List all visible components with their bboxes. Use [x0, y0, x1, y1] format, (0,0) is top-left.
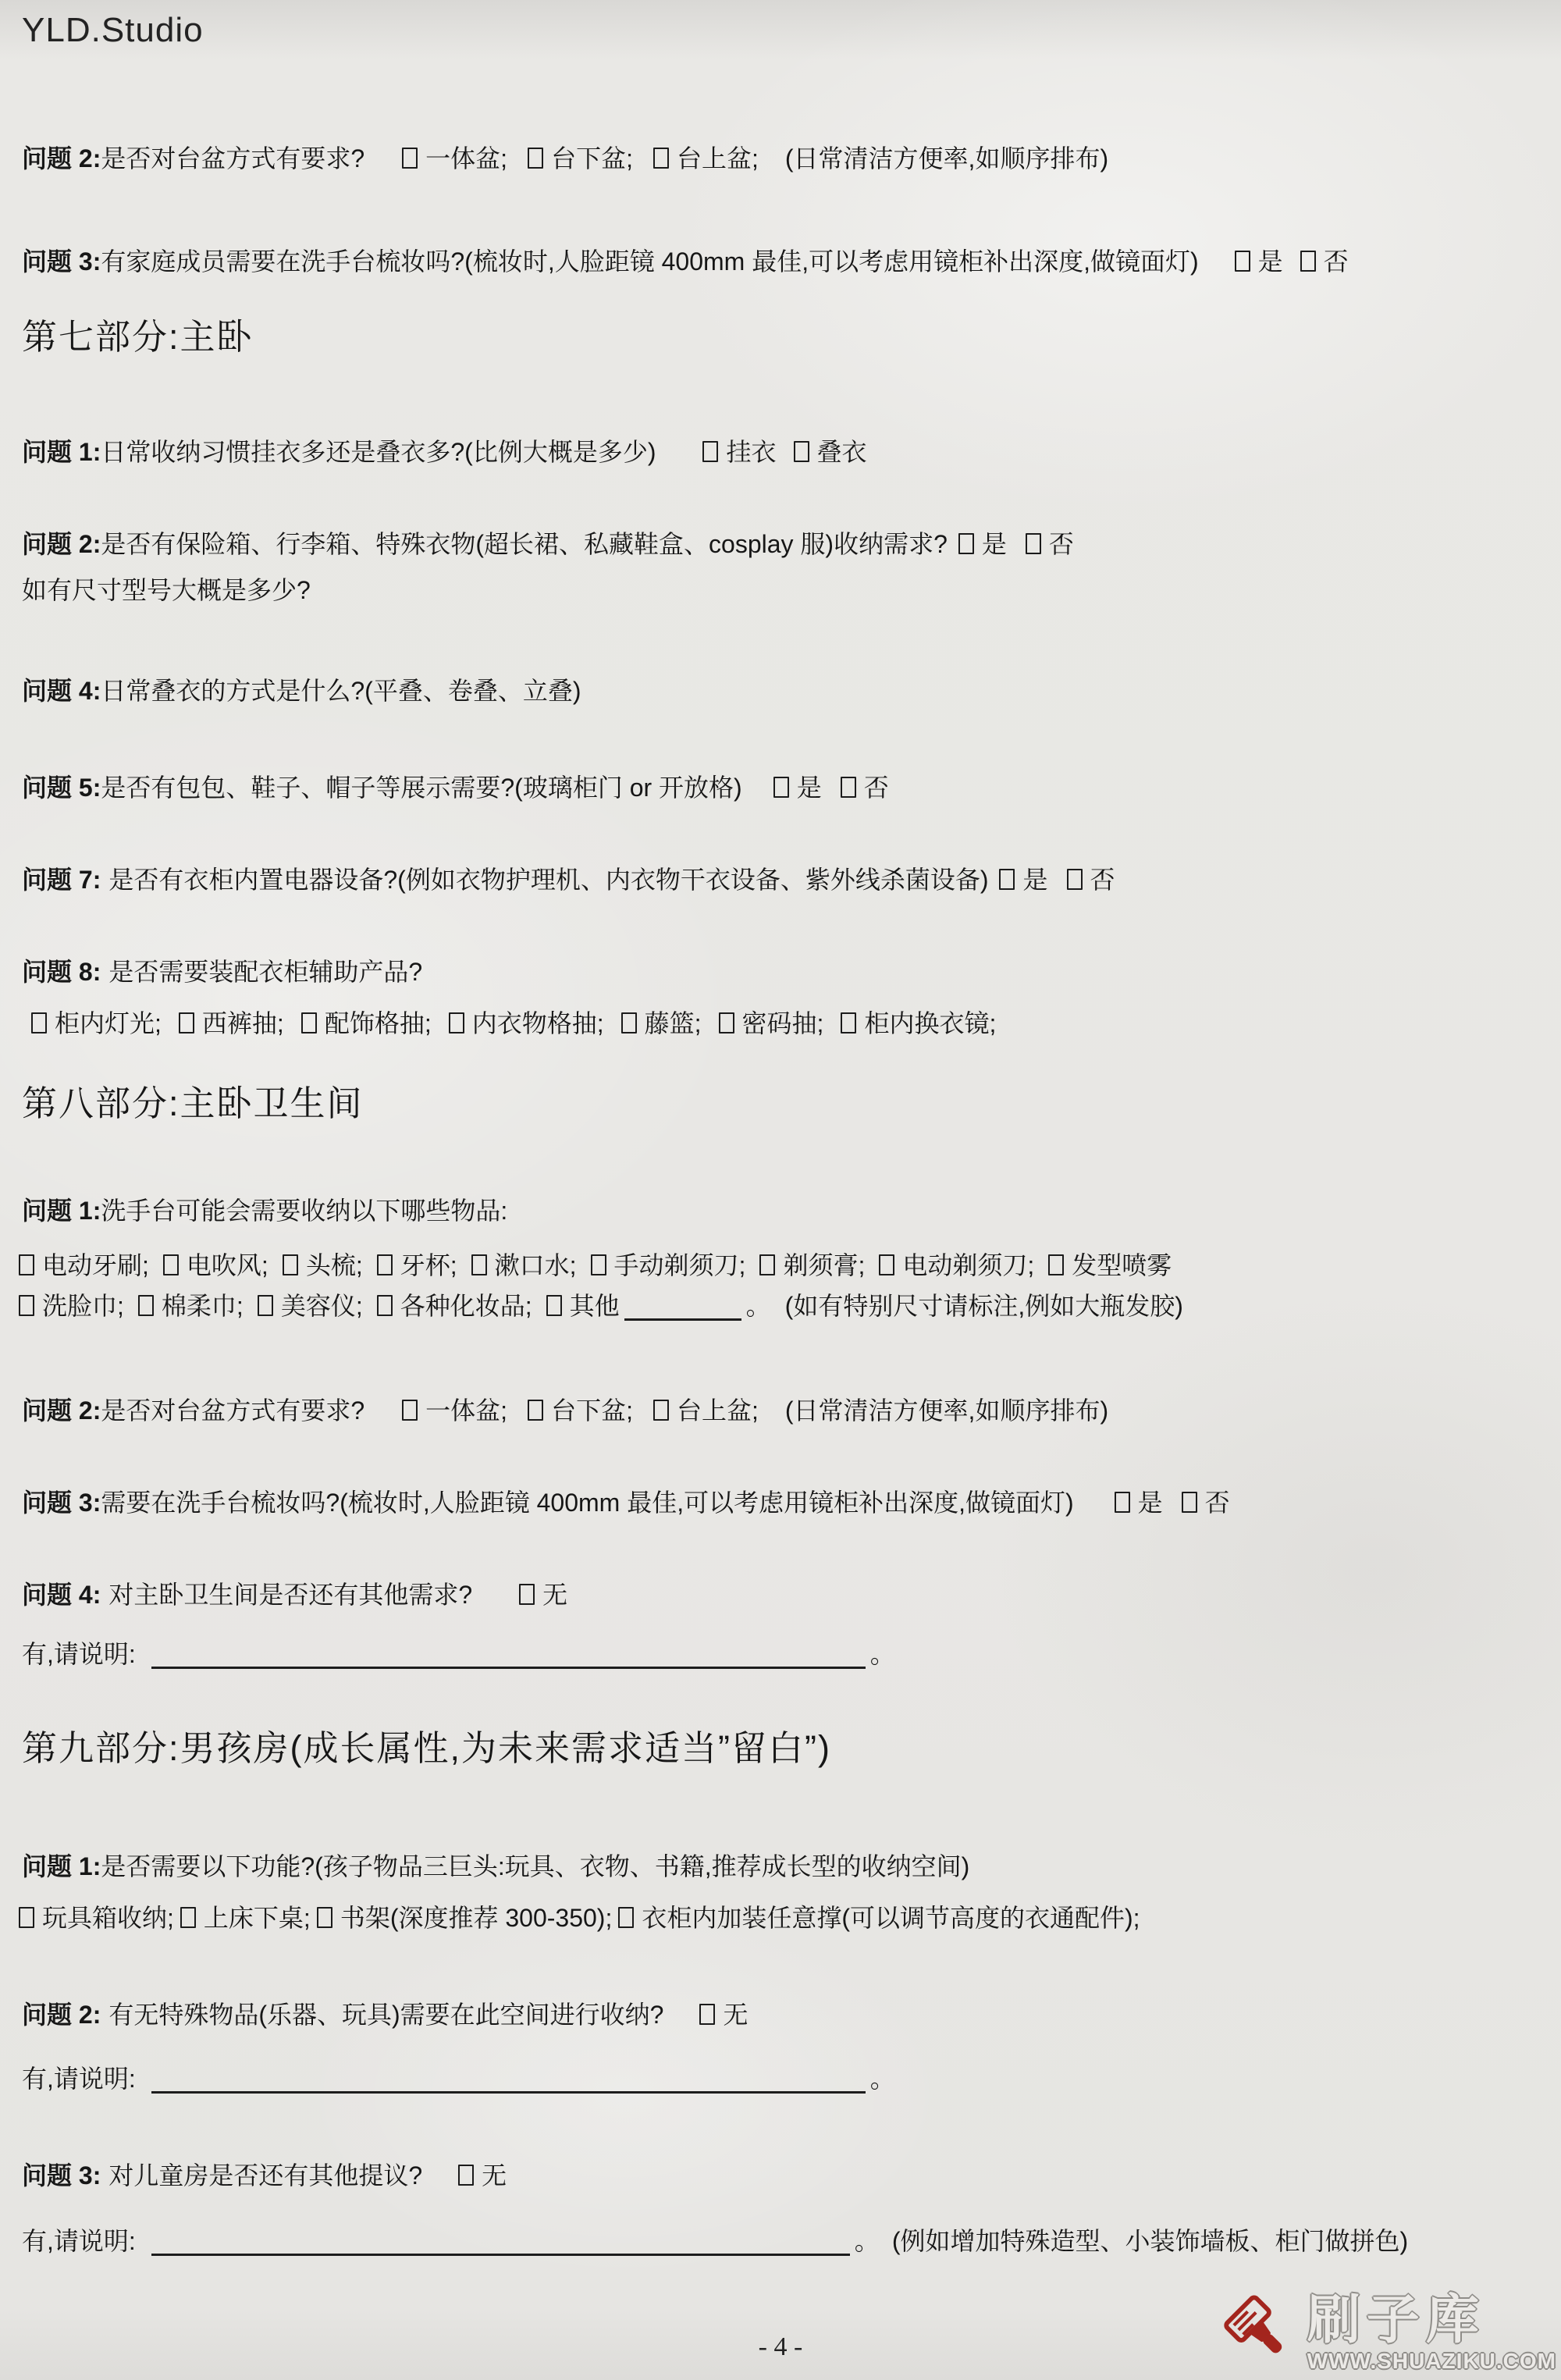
checkbox-icon[interactable] — [999, 869, 1015, 890]
checkbox-icon[interactable] — [699, 2004, 715, 2025]
line-text: (日常清洁方便率,如顺序排布) — [785, 144, 1108, 173]
checkbox-icon[interactable] — [19, 1295, 34, 1316]
checkbox-icon[interactable] — [301, 1012, 317, 1033]
spacer — [880, 2249, 892, 2250]
checkbox-icon[interactable] — [458, 2165, 474, 2186]
checkbox-label: 漱口水; — [495, 1251, 577, 1279]
checkbox-label: 各种化妆品; — [400, 1292, 532, 1320]
spacer — [363, 1273, 377, 1274]
line-text: 。 — [870, 1640, 895, 1668]
spacer — [101, 2183, 108, 2184]
checkbox-label: 否 — [1049, 530, 1074, 558]
s9-question-functions: 问题 1:是否需要以下功能?(孩子物品三巨头:玩具、衣物、书籍,推荐成长型的收纳… — [22, 1848, 969, 1884]
spacer — [604, 1031, 621, 1032]
checkbox-option[interactable]: 西裤抽; — [179, 1005, 284, 1041]
spacer — [702, 1031, 719, 1032]
spacer — [1163, 1510, 1182, 1511]
line-text: 。 — [855, 2227, 880, 2255]
checkbox-icon[interactable] — [1048, 1254, 1064, 1275]
checkbox-option[interactable]: 无 — [519, 1577, 567, 1613]
question-number-label: 问题 3: — [22, 247, 101, 276]
question-number-label: 问题 2: — [22, 144, 101, 173]
checkbox-label: 电动剃须刀; — [902, 1251, 1034, 1279]
checkbox-icon[interactable] — [402, 148, 418, 169]
line-text: 是否有包包、鞋子、帽子等展示需要?(玻璃柜门 or 开放格) — [101, 774, 741, 802]
paint-brush-icon — [1218, 2289, 1303, 2377]
checkbox-option[interactable]: 电动牙刷; — [19, 1247, 149, 1283]
checkbox-option[interactable]: 电动剃须刀; — [879, 1247, 1034, 1283]
question-number-label: 问题 5: — [22, 774, 101, 802]
spacer — [1199, 269, 1235, 270]
checkbox-option[interactable]: 玩具箱收纳; — [19, 1900, 174, 1936]
checkbox-label: 其他 — [570, 1292, 620, 1320]
spacer — [822, 795, 841, 796]
spacer — [507, 166, 528, 167]
line-text: 有家庭成员需要在洗手台梳妆吗?(梳妆时,人脸距镜 400mm 最佳,可以考虑用镜… — [101, 247, 1198, 276]
checkbox-icon[interactable] — [528, 1400, 543, 1421]
checkbox-icon[interactable] — [879, 1254, 894, 1275]
spacer — [363, 1314, 377, 1315]
checkbox-option[interactable]: 棉柔巾; — [138, 1288, 244, 1324]
checkbox-icon[interactable] — [1235, 251, 1250, 272]
line-text: 。 — [746, 1292, 771, 1320]
line-text: 是否需要装配衣柜辅助产品? — [108, 958, 422, 986]
checkbox-option[interactable]: 密码抽; — [719, 1005, 824, 1041]
spacer — [101, 1603, 108, 1603]
s7-question-special-storage-note: 如有尺寸型号大概是多少? — [22, 572, 311, 608]
checkbox-icon[interactable] — [283, 1254, 298, 1275]
checkbox-label: 配饰格抽; — [325, 1009, 432, 1037]
checkbox-option[interactable]: 是 — [958, 526, 1007, 562]
checkbox-icon[interactable] — [377, 1254, 393, 1275]
s7-question-wardrobe-accessories: 问题 8:是否需要装配衣柜辅助产品? — [22, 954, 422, 990]
checkbox-option[interactable]: 电吹风; — [163, 1247, 268, 1283]
spacer — [612, 1926, 618, 1926]
line-text: 第七部分:主卧 — [22, 317, 254, 357]
spacer — [244, 1314, 258, 1315]
line-text: 有,请说明: — [22, 2065, 136, 2093]
spacer — [457, 1273, 471, 1274]
checkbox-icon[interactable] — [519, 1584, 535, 1605]
checkbox-option[interactable]: 头梳; — [283, 1247, 363, 1283]
line-text: 是否有保险箱、行李箱、特殊衣物(超长裙、私藏鞋盒、cosplay 服)收纳需求? — [101, 530, 948, 558]
checkbox-label: 藤篮; — [645, 1009, 702, 1037]
checkbox-icon[interactable] — [317, 1907, 332, 1928]
spacer — [268, 1273, 283, 1274]
checkbox-option[interactable]: 否 — [1182, 1485, 1230, 1521]
checkbox-option[interactable]: 剃须膏; — [759, 1247, 865, 1283]
line-text: 有,请说明: — [22, 2227, 136, 2255]
checkbox-icon[interactable] — [31, 1012, 47, 1033]
s7-question-special-storage: 问题 2:是否有保险箱、行李箱、特殊衣物(超长裙、私藏鞋盒、cosplay 服)… — [22, 526, 1074, 562]
checkbox-label: 上床下桌; — [204, 1904, 311, 1932]
checkbox-icon[interactable] — [591, 1254, 606, 1275]
checkbox-label: 是 — [1258, 247, 1283, 276]
checkbox-icon[interactable] — [19, 1907, 34, 1928]
checkbox-icon[interactable] — [1115, 1492, 1130, 1513]
checkbox-option[interactable]: 无 — [699, 1997, 748, 2033]
question-number-label: 问题 2: — [22, 530, 101, 558]
checkbox-label: 剃须膏; — [783, 1251, 865, 1279]
question-vanity-makeup: 问题 3:有家庭成员需要在洗手台梳妆吗?(梳妆时,人脸距镜 400mm 最佳,可… — [22, 244, 1349, 279]
spacer — [101, 980, 108, 980]
checkbox-label: 无 — [482, 2161, 507, 2190]
checkbox-label: 无 — [723, 2001, 748, 2029]
checkbox-label: 是 — [982, 530, 1007, 558]
checkbox-option[interactable]: 否 — [1300, 244, 1349, 279]
checkbox-icon[interactable] — [402, 1400, 418, 1421]
s7-question-display-needs: 问题 5:是否有包包、鞋子、帽子等展示需要?(玻璃柜门 or 开放格)是否 — [22, 770, 889, 806]
spacer — [823, 1031, 841, 1032]
fill-in-blank-line[interactable] — [151, 2254, 850, 2256]
checkbox-option[interactable]: 否 — [1067, 862, 1115, 898]
checkbox-icon[interactable] — [702, 441, 718, 462]
checkbox-label: 一体盆; — [425, 144, 507, 173]
checkbox-option[interactable]: 手动剃须刀; — [591, 1247, 746, 1283]
checkbox-label: 是 — [1022, 866, 1047, 894]
spacer — [771, 1314, 785, 1315]
spacer — [101, 2022, 108, 2023]
checkbox-label: 书架(深度推荐 300-350); — [340, 1904, 613, 1932]
checkbox-option[interactable]: 各种化妆品; — [377, 1288, 532, 1324]
question-number-label: 问题 2: — [22, 1396, 101, 1425]
checkbox-option[interactable]: 美容仪; — [258, 1288, 363, 1324]
checkbox-label: 台上盆; — [677, 1396, 759, 1425]
s8-question-vanity-storage: 问题 1:洗手台可能会需要收纳以下哪些物品: — [22, 1193, 507, 1229]
checkbox-option[interactable]: 是 — [1235, 244, 1283, 279]
checkbox-option[interactable]: 衣柜内加装任意撑(可以调节高度的衣通配件); — [618, 1900, 1140, 1936]
line-text: (日常清洁方便率,如顺序排布) — [785, 1396, 1108, 1425]
checkbox-icon[interactable] — [719, 1012, 734, 1033]
checkbox-label: 否 — [1205, 1489, 1230, 1517]
question-number-label: 问题 3: — [22, 1489, 101, 1517]
line-text: 如有尺寸型号大概是多少? — [22, 576, 311, 604]
spacer — [1007, 552, 1026, 553]
question-number-label: 问题 3: — [22, 2161, 101, 2190]
question-number-label: 问题 1: — [22, 438, 101, 466]
checkbox-option[interactable]: 是 — [999, 862, 1047, 898]
spacer — [311, 1926, 317, 1926]
watermark-url: WWW.SHUAZIKU.COM — [1307, 2349, 1556, 2374]
checkbox-icon[interactable] — [958, 533, 974, 554]
spacer — [532, 1314, 546, 1315]
line-text: 日常收纳习惯挂衣多还是叠衣多?(比例大概是多少) — [101, 438, 656, 466]
checkbox-icon[interactable] — [794, 441, 809, 462]
checkbox-option[interactable]: 洗脸巾; — [19, 1288, 124, 1324]
checkbox-icon[interactable] — [138, 1295, 154, 1316]
checkbox-icon[interactable] — [773, 777, 789, 798]
checkbox-icon[interactable] — [377, 1295, 393, 1316]
spacer — [663, 2022, 699, 2023]
question-number-label: 问题 1: — [22, 1852, 101, 1880]
checkbox-option[interactable]: 叠衣 — [794, 434, 867, 470]
line-text: 需要在洗手台梳妆吗?(梳妆时,人脸距镜 400mm 最佳,可以考虑用镜柜补出深度… — [101, 1489, 1073, 1517]
checkbox-option[interactable]: 上床下桌; — [180, 1900, 311, 1936]
checkbox-icon[interactable] — [180, 1907, 196, 1928]
checkbox-icon[interactable] — [653, 1400, 669, 1421]
checkbox-option[interactable]: 是 — [1115, 1485, 1163, 1521]
line-text: 是否对台盆方式有要求? — [101, 1396, 364, 1425]
checkbox-label: 内衣物格抽; — [472, 1009, 604, 1037]
checkbox-option[interactable]: 发型喷雾 — [1048, 1247, 1172, 1283]
checkbox-icon[interactable] — [618, 1907, 634, 1928]
checkbox-icon[interactable] — [621, 1012, 637, 1033]
checkbox-option[interactable]: 牙杯; — [377, 1247, 457, 1283]
s7-question-fold-style: 问题 4:日常叠衣的方式是什么?(平叠、卷叠、立叠) — [22, 673, 581, 709]
checkbox-option[interactable]: 挂衣 — [702, 434, 776, 470]
line-text: 日常叠衣的方式是什么?(平叠、卷叠、立叠) — [101, 677, 581, 705]
s8-question-vanity-makeup: 问题 3:需要在洗手台梳妆吗?(梳妆时,人脸距镜 400mm 最佳,可以考虑用镜… — [22, 1485, 1230, 1521]
checkbox-label: 衣柜内加装任意撑(可以调节高度的衣通配件); — [642, 1904, 1140, 1932]
checkbox-icon[interactable] — [1026, 533, 1041, 554]
checkbox-label: 叠衣 — [817, 438, 867, 466]
line-text: (例如增加特殊造型、小装饰墙板、柜门做拼色) — [892, 2227, 1408, 2255]
spacer — [136, 2087, 147, 2087]
checkbox-option[interactable]: 内衣物格抽; — [449, 1005, 604, 1041]
checkbox-label: 是 — [1138, 1489, 1163, 1517]
checkbox-icon[interactable] — [19, 1254, 34, 1275]
line-text: 是否需要以下功能?(孩子物品三巨头:玩具、衣物、书籍,推荐成长型的收纳空间) — [101, 1852, 969, 1880]
checkbox-icon[interactable] — [841, 1012, 856, 1033]
checkbox-label: 洗脸巾; — [42, 1292, 124, 1320]
spacer — [656, 460, 702, 461]
line-text: 。 — [870, 2065, 895, 2093]
studio-logo-text: YLD.Studio — [22, 11, 204, 50]
spacer — [432, 1031, 449, 1032]
checkbox-icon[interactable] — [841, 777, 856, 798]
line-text: 对主卧卫生间是否还有其他需求? — [108, 1581, 472, 1609]
checkbox-option[interactable]: 书架(深度推荐 300-350); — [317, 1900, 613, 1936]
question-number-label: 问题 8: — [22, 958, 101, 986]
question-number-label: 问题 7: — [22, 866, 101, 894]
line-text: 有,请说明: — [22, 1640, 136, 1668]
spacer — [1048, 888, 1067, 888]
spacer — [1283, 269, 1300, 270]
spacer — [988, 888, 999, 888]
s9-question-special-items: 问题 2:有无特殊物品(乐器、玩具)需要在此空间进行收纳?无 — [22, 1997, 748, 2033]
spacer — [577, 1273, 591, 1274]
checkbox-label: 台下盆; — [551, 144, 633, 173]
checkbox-option[interactable]: 一体盆; — [402, 141, 507, 176]
checkbox-label: 西裤抽; — [202, 1009, 284, 1037]
s8-question-basin-type: 问题 2:是否对台盆方式有要求?一体盆;台下盆;台上盆;(日常清洁方便率,如顺序… — [22, 1393, 1108, 1428]
spacer — [759, 1418, 785, 1419]
watermark-logo: 刷子库 WWW.SHUAZIKU.COM — [1218, 2289, 1556, 2377]
checkbox-option[interactable]: 否 — [841, 770, 889, 806]
checkbox-label: 台上盆; — [677, 144, 759, 173]
spacer — [1074, 1510, 1115, 1511]
checkbox-option[interactable]: 柜内灯光; — [31, 1005, 162, 1041]
question-number-label: 问题 4: — [22, 677, 101, 705]
checkbox-option[interactable]: 是 — [773, 770, 822, 806]
checkbox-icon[interactable] — [471, 1254, 487, 1275]
spacer — [101, 888, 108, 888]
checkbox-label: 头梳; — [306, 1251, 363, 1279]
checkbox-icon[interactable] — [546, 1295, 562, 1316]
line-text: 第八部分:主卧卫生间 — [22, 1083, 364, 1123]
spacer — [742, 795, 773, 796]
checkbox-option[interactable]: 其他 — [546, 1288, 620, 1324]
checkbox-option[interactable]: 否 — [1026, 526, 1074, 562]
checkbox-label: 玩具箱收纳; — [42, 1904, 174, 1932]
fill-in-blank-line[interactable] — [151, 1667, 866, 1669]
s9-other-suggestions-fill: 有,请说明:。(例如增加特殊造型、小装饰墙板、柜门做拼色) — [22, 2223, 1408, 2259]
fill-in-blank-line[interactable] — [151, 2091, 866, 2094]
spacer — [745, 1273, 759, 1274]
checkbox-label: 柜内灯光; — [55, 1009, 162, 1037]
checkbox-label: 电吹风; — [187, 1251, 268, 1279]
spacer — [162, 1031, 179, 1032]
checkbox-icon[interactable] — [1300, 251, 1316, 272]
spacer — [1034, 1273, 1048, 1274]
line-text: 是否对台盆方式有要求? — [101, 144, 364, 173]
spacer — [284, 1031, 301, 1032]
s7-question-hang-vs-fold: 问题 1:日常收纳习惯挂衣多还是叠衣多?(比例大概是多少)挂衣叠衣 — [22, 434, 867, 470]
spacer — [507, 1418, 528, 1419]
s9-special-items-fill: 有,请说明:。 — [22, 2061, 895, 2097]
checkbox-label: 美容仪; — [281, 1292, 363, 1320]
checkbox-option[interactable]: 漱口水; — [471, 1247, 577, 1283]
checkbox-option[interactable]: 柜内换衣镜; — [841, 1005, 996, 1041]
line-text: 有无特殊物品(乐器、玩具)需要在此空间进行收纳? — [108, 2001, 663, 2029]
line-text: (如有特别尺寸请标注,例如大瓶发胶) — [785, 1292, 1183, 1320]
spacer — [364, 1418, 402, 1419]
s9-function-options: 玩具箱收纳;上床下桌;书架(深度推荐 300-350);衣柜内加装任意撑(可以调… — [19, 1900, 1140, 1936]
spacer — [865, 1273, 879, 1274]
checkbox-label: 挂衣 — [726, 438, 776, 466]
s7-question-built-in-appliances: 问题 7:是否有衣柜内置电器设备?(例如衣物护理机、内衣物干衣设备、紫外线杀菌设… — [22, 862, 1115, 898]
checkbox-icon[interactable] — [179, 1012, 194, 1033]
spacer — [472, 1603, 519, 1603]
spacer — [174, 1926, 180, 1926]
spacer — [633, 1418, 653, 1419]
checkbox-icon[interactable] — [528, 148, 543, 169]
checkbox-option[interactable]: 台上盆; — [653, 141, 759, 176]
checkbox-icon[interactable] — [163, 1254, 179, 1275]
checkbox-icon[interactable] — [1067, 869, 1083, 890]
section-8-master-bathroom: 第八部分:主卧卫生间 — [22, 1082, 364, 1126]
spacer — [759, 166, 785, 167]
checkbox-label: 手动剃须刀; — [614, 1251, 746, 1279]
line-text: 第九部分:男孩房(成长属性,为未来需求适当”留白”) — [22, 1728, 831, 1768]
spacer — [777, 460, 794, 461]
fill-in-blank-line[interactable] — [624, 1318, 741, 1321]
checkbox-label: 否 — [864, 774, 889, 802]
checkbox-option[interactable]: 无 — [458, 2158, 507, 2193]
question-number-label: 问题 1: — [22, 1197, 101, 1225]
spacer — [364, 166, 402, 167]
spacer — [136, 2249, 147, 2250]
s8-vanity-storage-options-row2: 洗脸巾;棉柔巾;美容仪;各种化妆品;其他。(如有特别尺寸请标注,例如大瓶发胶) — [19, 1288, 1183, 1324]
checkbox-option[interactable]: 配饰格抽; — [301, 1005, 432, 1041]
checkbox-icon[interactable] — [759, 1254, 775, 1275]
checkbox-label: 发型喷雾 — [1072, 1251, 1172, 1279]
s9-question-other-suggestions: 问题 3:对儿童房是否还有其他提议?无 — [22, 2158, 507, 2193]
section-9-boys-room: 第九部分:男孩房(成长属性,为未来需求适当”留白”) — [22, 1727, 831, 1770]
checkbox-label: 无 — [542, 1581, 567, 1609]
checkbox-icon[interactable] — [1182, 1492, 1197, 1513]
checkbox-label: 台下盆; — [551, 1396, 633, 1425]
checkbox-label: 柜内换衣镜; — [864, 1009, 996, 1037]
checkbox-option[interactable]: 台上盆; — [653, 1393, 759, 1428]
spacer — [633, 166, 653, 167]
spacer — [422, 2183, 458, 2184]
checkbox-option[interactable]: 台下盆; — [528, 1393, 633, 1428]
s8-vanity-storage-options-row1: 电动牙刷;电吹风;头梳;牙杯;漱口水;手动剃须刀;剃须膏;电动剃须刀;发型喷雾 — [19, 1247, 1172, 1283]
line-text: 对儿童房是否还有其他提议? — [108, 2161, 422, 2190]
checkbox-option[interactable]: 台下盆; — [528, 141, 633, 176]
spacer — [149, 1273, 163, 1274]
spacer — [948, 552, 958, 553]
checkbox-icon[interactable] — [449, 1012, 464, 1033]
line-text: 是否有衣柜内置电器设备?(例如衣物护理机、内衣物干衣设备、紫外线杀菌设备) — [108, 866, 988, 894]
line-text: 洗手台可能会需要收纳以下哪些物品: — [101, 1197, 507, 1225]
checkbox-option[interactable]: 一体盆; — [402, 1393, 507, 1428]
checkbox-label: 密码抽; — [742, 1009, 824, 1037]
checkbox-label: 电动牙刷; — [42, 1251, 149, 1279]
checkbox-label: 否 — [1090, 866, 1115, 894]
question-basin-type: 问题 2:是否对台盆方式有要求?一体盆;台下盆;台上盆;(日常清洁方便率,如顺序… — [22, 141, 1108, 176]
s8-other-needs-fill: 有,请说明:。 — [22, 1636, 895, 1672]
checkbox-label: 一体盆; — [425, 1396, 507, 1425]
checkbox-option[interactable]: 藤篮; — [621, 1005, 702, 1041]
checkbox-icon[interactable] — [653, 148, 669, 169]
checkbox-label: 否 — [1324, 247, 1349, 276]
spacer — [124, 1314, 138, 1315]
spacer — [136, 1662, 147, 1663]
watermark-name: 刷子库 — [1307, 2293, 1485, 2347]
question-number-label: 问题 4: — [22, 1581, 101, 1609]
checkbox-label: 是 — [797, 774, 822, 802]
checkbox-icon[interactable] — [258, 1295, 273, 1316]
s7-wardrobe-accessory-options: 柜内灯光;西裤抽;配饰格抽;内衣物格抽;藤篮;密码抽;柜内换衣镜; — [31, 1005, 996, 1041]
section-7-master-bedroom: 第七部分:主卧 — [22, 315, 254, 359]
question-number-label: 问题 2: — [22, 2001, 101, 2029]
checkbox-label: 牙杯; — [400, 1251, 457, 1279]
document-page: YLD.Studio 问题 2:是否对台盆方式有要求?一体盆;台下盆;台上盆;(… — [0, 0, 1561, 2380]
s8-question-other-needs: 问题 4:对主卧卫生间是否还有其他需求?无 — [22, 1577, 567, 1613]
checkbox-label: 棉柔巾; — [162, 1292, 244, 1320]
